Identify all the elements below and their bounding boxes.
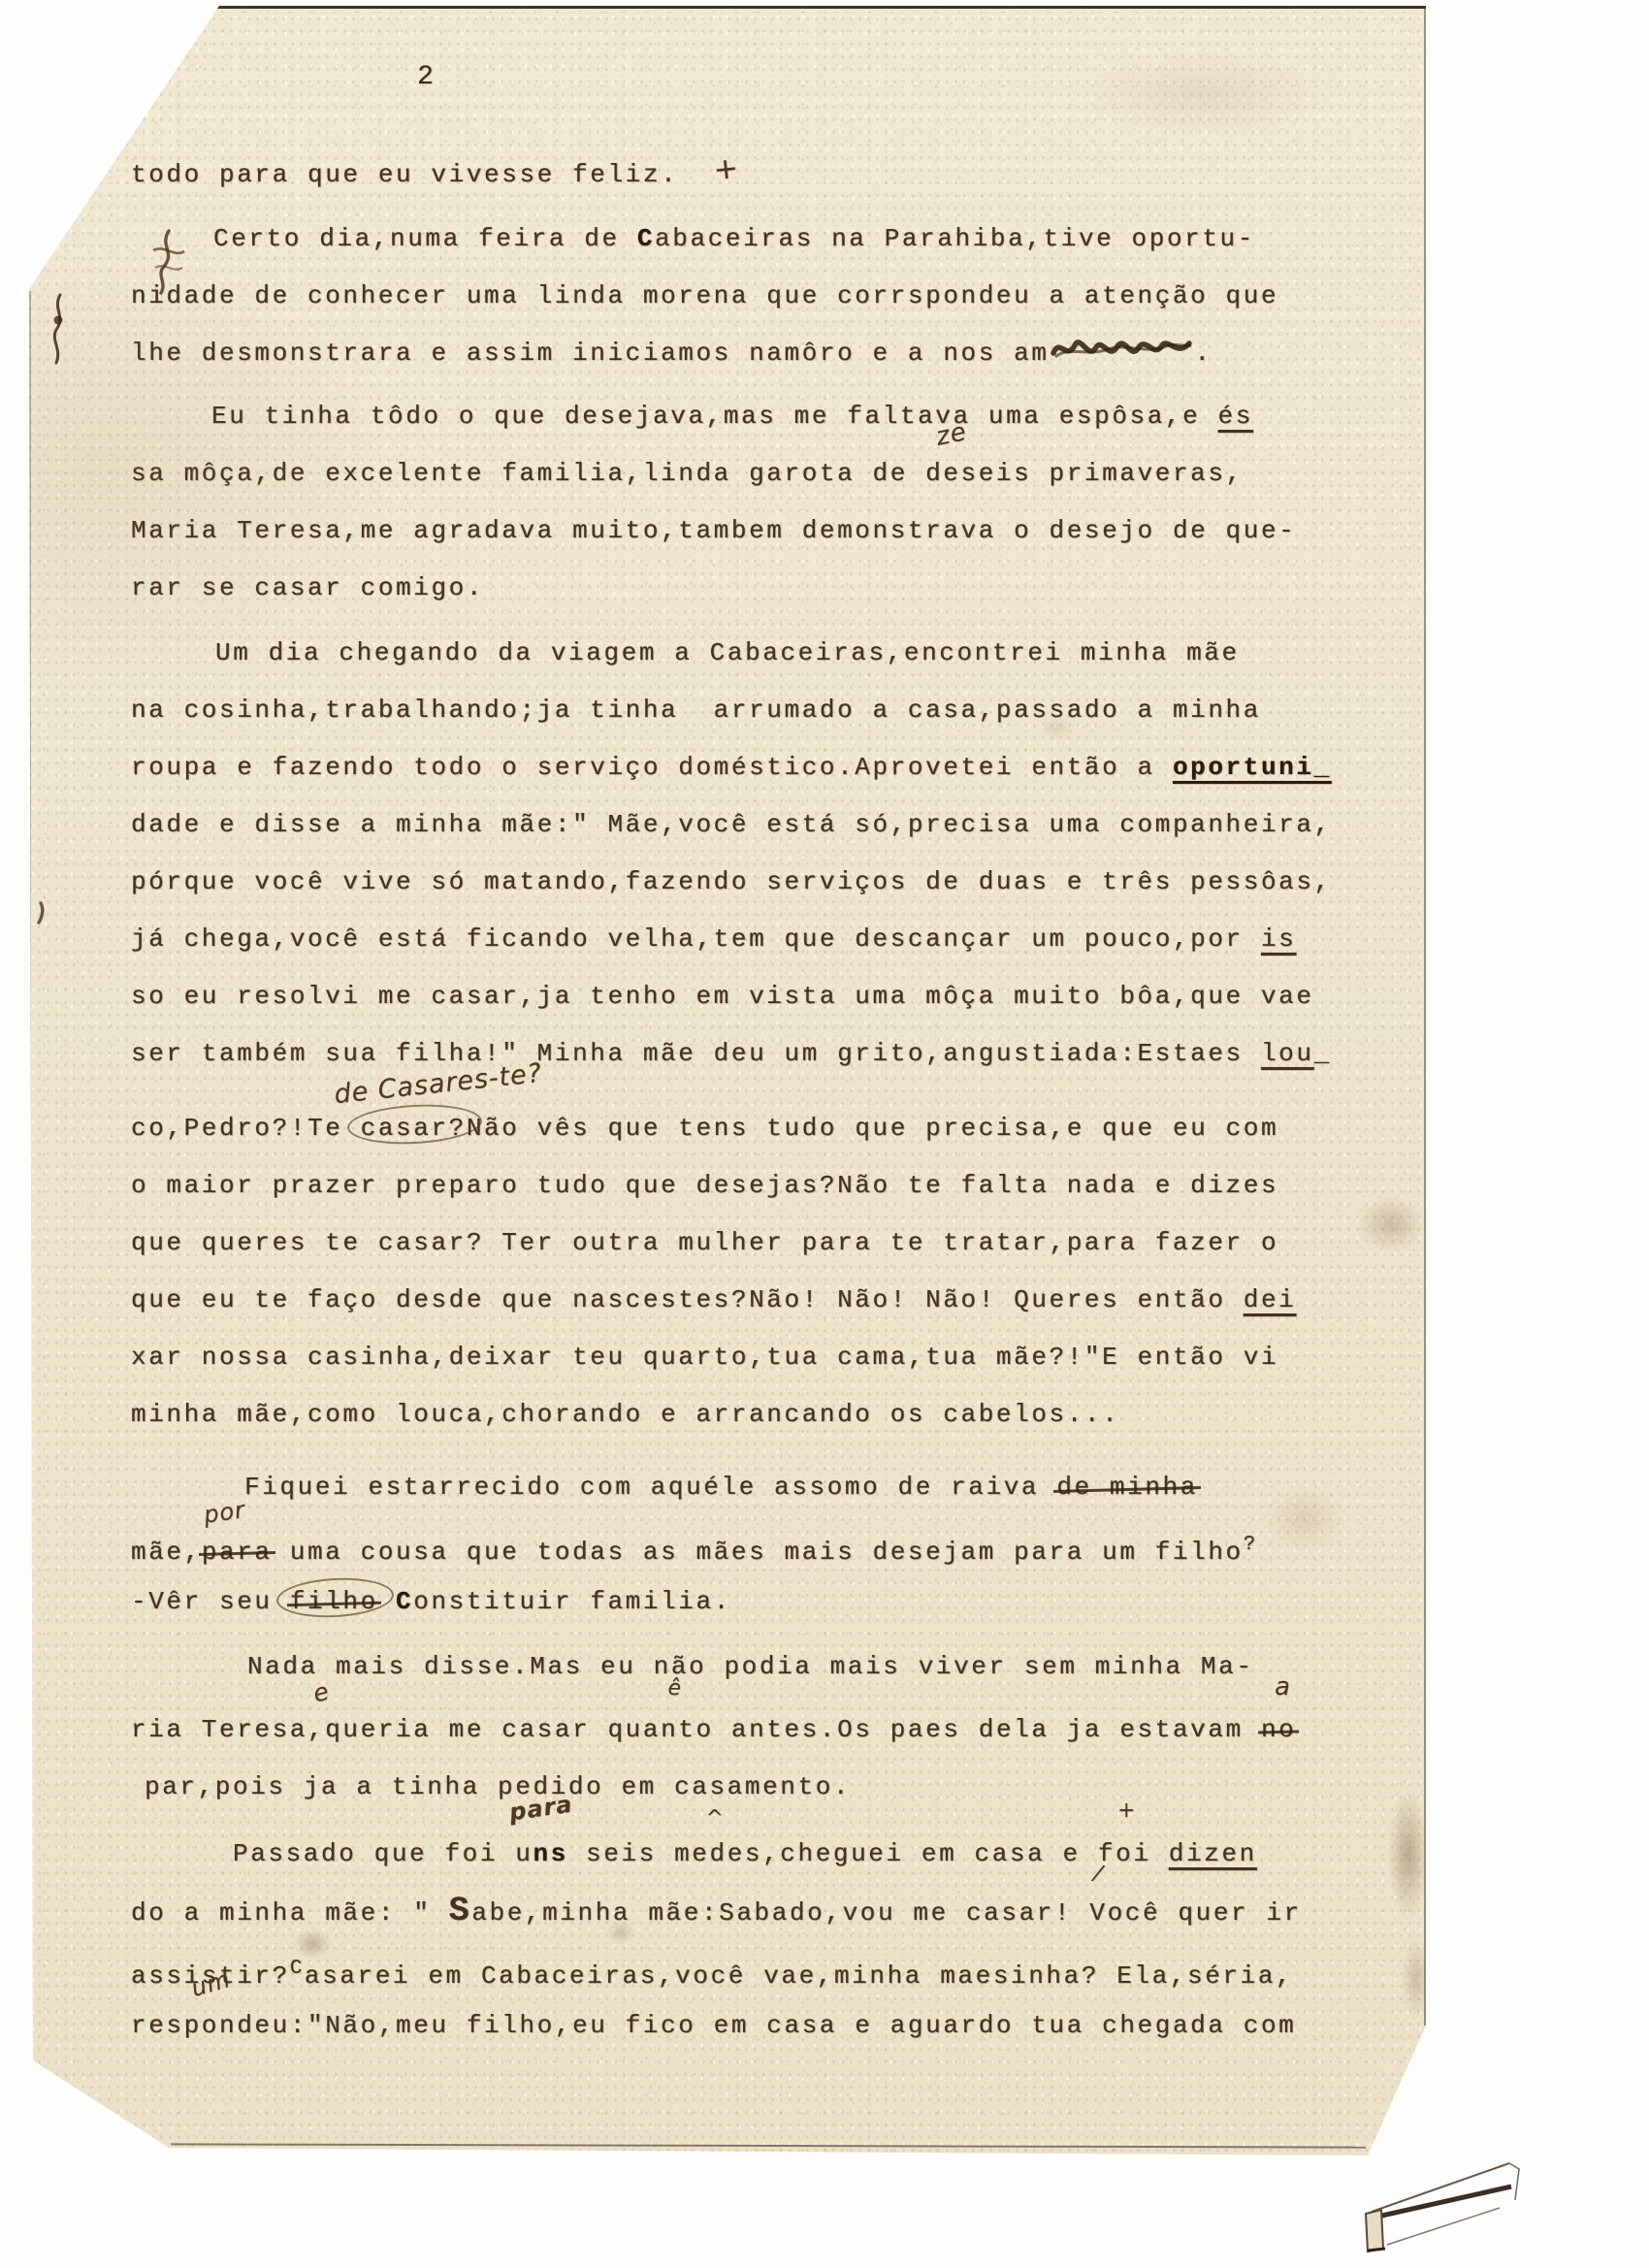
typed-text-segment: lhe desmonstrara e assim iniciamos namôr… <box>131 339 1050 368</box>
typed-text-segment: minha mãe,como louca,chorando e arrancan… <box>131 1400 1119 1429</box>
text-line: so eu resolvi me casar,ja tenho em vista… <box>131 968 1431 1025</box>
text-line: sa môça,de excelente familia,linda garot… <box>131 445 1431 502</box>
typed-text-segment: roupa e fazendo todo o serviço doméstico… <box>131 753 1173 782</box>
text-line: xar nossa casinha,deixar teu quarto,tua … <box>131 1329 1431 1386</box>
paper-left-edge-line <box>29 291 31 2060</box>
typed-text-segment: filho <box>290 1587 378 1616</box>
text-line: minha mãe,como louca,chorando e arrancan… <box>131 1386 1431 1443</box>
margin-flourish-ink-mark <box>145 225 190 297</box>
typed-text-segment: sa môça,de excelente familia,linda garot… <box>131 459 961 488</box>
typed-text-segment: abe,minha mãe:Sabado,vou me casar! Você … <box>471 1898 1302 1928</box>
text-line: nidade de conhecer uma linda morena que … <box>131 268 1431 325</box>
typed-text-segment: dei <box>1244 1285 1297 1314</box>
typed-text-segment: casar?de Casares-te? <box>361 1114 467 1143</box>
typed-text-segment: ? <box>1244 1534 1258 1556</box>
typed-text-segment: co,Pedro?!Te <box>131 1114 361 1143</box>
typed-text-segment: quanto antes.Os paes dela ja estavam ê <box>607 1715 1261 1744</box>
typed-text-segment: Não vês que tens tudo que precisa,e que … <box>467 1114 1278 1143</box>
text-line: o maior prazer preparo tudo que desejas?… <box>131 1157 1431 1215</box>
typed-text-segment: seis me <box>568 1839 710 1868</box>
typed-text-segment: nidade de conhecer uma linda morena que … <box>131 281 1278 310</box>
typed-text-segment: C <box>637 224 655 253</box>
typed-text-segment: ria Teresa, <box>131 1715 325 1744</box>
typed-text-segment: todo para que eu vivesse feliz. <box>131 160 678 189</box>
typed-text-segment: Um dia chegando da viagem a Cabaceiras,e… <box>215 638 1240 667</box>
typed-text-segment: seis primaveras,ze <box>961 459 1244 488</box>
text-line: rar se casar comigo. <box>131 560 1431 617</box>
page-corner-sketch-artifact <box>1350 2155 1535 2256</box>
typed-text-segment: noa <box>1261 1715 1296 1744</box>
typed-text-segment: oportuni_ <box>1173 753 1332 782</box>
typed-text-segment: és <box>1218 402 1253 431</box>
typed-text-segment: xar nossa casinha,deixar teu quarto,tua … <box>131 1343 1278 1372</box>
typed-text-segment: respondeu:"Não,meu filho,eu fico em casa… <box>131 2011 1296 2040</box>
typed-text-segment: já chega,você está ficando velha,tem que… <box>131 924 1261 954</box>
typed-text-segment: o maior prazer preparo tudo que desejas?… <box>131 1171 1278 1200</box>
page-number: 2 <box>417 62 434 92</box>
typed-text-segment: so eu resolvi me casar,ja tenho em vista… <box>131 982 1314 1011</box>
typed-text-segment: foi+ <box>1098 1839 1151 1868</box>
typed-text-segment: pórque você vive só matando,fazendo serv… <box>131 867 1332 896</box>
typed-text-segment: _ <box>1314 1039 1332 1068</box>
typed-text-segment: . <box>1195 339 1212 368</box>
text-line: Fiquei estarrecido com aquéle assomo de … <box>131 1459 1431 1516</box>
text-line: respondeu:"Não,meu filho,eu fico em casa… <box>131 1997 1431 2055</box>
typed-text-segment: abaceiras na Parahiba,tive oportu- <box>655 224 1255 253</box>
typed-text-segment: d^ <box>709 1839 727 1868</box>
typed-text-segment: Passado que foi u <box>233 1839 533 1868</box>
typed-text-segment: asarei em Cabaceiras,você vae,minha maes… <box>305 1961 1293 1991</box>
typed-text-segment: dade e disse a minha mãe:" Mãe,você está… <box>131 810 1332 839</box>
paper-top-edge-line <box>215 6 1426 9</box>
typed-text-segment: C <box>290 1958 305 1980</box>
typed-text-segment: Fiquei estarrecido com aquéle assomo de … <box>244 1473 1056 1502</box>
typed-text-segment: que eu te faço desde que nascestes?Não! … <box>131 1285 1244 1314</box>
text-line: que eu te faço desde que nascestes?Não! … <box>131 1272 1431 1329</box>
paper-bottom-edge-line <box>171 2143 1366 2148</box>
scribbled-out-word <box>1050 331 1195 366</box>
text-line: dade e disse a minha mãe:" Mãe,você está… <box>131 796 1431 854</box>
text-line: na cosinha,trabalhando;ja tinha arrumado… <box>131 682 1431 739</box>
text-line: Um dia chegando da viagem a Cabaceiras,e… <box>131 625 1431 682</box>
edge-squiggle-ink-mark <box>47 291 72 369</box>
text-line: assistir?Casarei em Cabaceiras,você vae,… <box>131 1940 1431 1997</box>
text-line: roupa e fazendo todo o serviço doméstico… <box>131 739 1431 796</box>
typed-text-segment: uma cousa que todas as mães mais desejam… <box>273 1538 1244 1567</box>
typed-text-segment: dizen <box>1169 1839 1257 1868</box>
text-line: que queres te casar? Ter outra mulher pa… <box>131 1215 1431 1272</box>
scanned-document-page: 2 todo para que eu vivesse feliz. +Certo… <box>0 0 1649 2268</box>
text-line: todo para que eu vivesse feliz. + <box>131 144 1431 201</box>
typed-text-segment: S <box>449 1892 472 1930</box>
typed-text-segment: do a minha mãe: " <box>131 1898 449 1928</box>
typed-text-segment <box>678 160 713 189</box>
text-line: já chega,você está ficando velha,tem que… <box>131 911 1431 968</box>
text-line: Maria Teresa,me agradava muito,tambem de… <box>131 502 1431 560</box>
typed-text-segment: ser também sua filha!" Minha mãe deu um … <box>131 1039 1261 1068</box>
typed-text-segment: que queres te casar? Ter outra mulher pa… <box>131 1228 1278 1257</box>
typed-text-segment: de minha <box>1056 1473 1198 1502</box>
text-line: Passado que foi unspara seis med^es,cheg… <box>131 1826 1431 1883</box>
text-line: ser também sua filha!" Minha mãe deu um … <box>131 1025 1431 1083</box>
text-line: Certo dia,numa feira de Cabaceiras na Pa… <box>131 211 1431 268</box>
typewritten-text-block: todo para que eu vivesse feliz. +Certo d… <box>131 144 1431 2055</box>
text-line: Nada mais disse.Mas eu não podia mais vi… <box>131 1638 1431 1696</box>
typed-text-segment: mãe, <box>131 1538 202 1567</box>
text-line: co,Pedro?!Te casar?de Casares-te?Não vês… <box>131 1100 1431 1157</box>
typed-text-segment: lou <box>1261 1039 1314 1068</box>
text-line: mãe,parapor uma cousa que todas as mães … <box>131 1516 1431 1573</box>
text-line: do a minha mãe: " Sabe,minha mãe:Sabado,… <box>131 1883 1431 1940</box>
handwritten-mark: + <box>710 140 740 199</box>
typed-text-segment: Eu tinha tôdo o que desejava,mas me falt… <box>211 402 1218 431</box>
typed-text-segment: is <box>1261 924 1296 954</box>
typed-text-segment: -Vêr seu <box>131 1587 290 1616</box>
typed-text-segment: parapor <box>202 1538 273 1567</box>
text-line: -Vêr seu filho Constituir familia. <box>131 1573 1431 1631</box>
text-line: Eu tinha tôdo o que desejava,mas me falt… <box>131 388 1431 445</box>
typed-text-segment: par,pois ja a tinha pedido em casamento. <box>145 1772 851 1801</box>
text-line: pórque você vive só matando,fazendo serv… <box>131 854 1431 911</box>
text-line: ria Teresa,queria me casar equanto antes… <box>131 1701 1431 1759</box>
typed-text-segment: assistir? <box>131 1961 290 1991</box>
typed-text-segment: rar se casar comigo. <box>131 573 484 602</box>
typed-text-segment: Maria Teresa,me agradava muito,tambem de… <box>131 516 1296 545</box>
typed-text-segment: es,cheguei em casa e <box>727 1839 1098 1868</box>
typed-text-segment: nspara <box>533 1839 567 1868</box>
typed-text-segment: Nada mais disse.Mas eu não podia mais vi… <box>247 1652 1254 1681</box>
paper-sheet: 2 todo para que eu vivesse feliz. +Certo… <box>0 0 1649 2268</box>
typed-text-segment: Certo dia,numa feira de <box>213 224 637 253</box>
typed-text-segment <box>378 1587 396 1616</box>
edge-dot-ink-mark <box>35 900 48 925</box>
typed-text-segment: queria me casar e <box>325 1715 607 1744</box>
typed-text-segment: onstituir familia. <box>413 1587 731 1616</box>
typed-text-segment <box>1151 1839 1169 1868</box>
text-line: lhe desmonstrara e assim iniciamos namôr… <box>131 325 1431 382</box>
text-line: par,pois ja a tinha pedido em casamento. <box>131 1759 1431 1816</box>
typed-text-segment: na cosinha,trabalhando;ja tinha arrumado… <box>131 696 1261 725</box>
typed-text-segment: C <box>396 1587 413 1616</box>
